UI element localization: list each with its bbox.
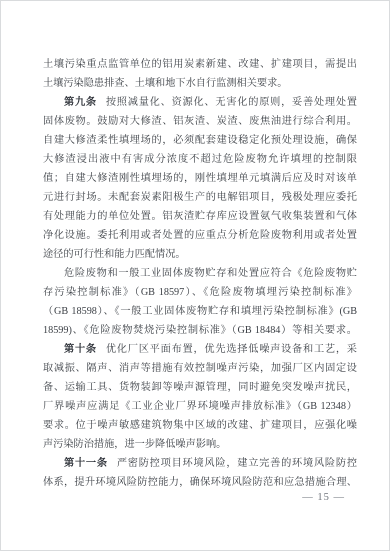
line-text: 途径的可行性和能力匹配情况。 <box>43 249 186 260</box>
text-line: 第十条优化厂区平面布置，优先选择低噪声设备和工艺，采 <box>43 340 357 359</box>
line-text: 取减振、隔声、消声等措施有效控制噪声污染，加强厂区内固定设 <box>43 363 357 374</box>
line-text: 存污染控制标准》（GB 18597）、《危险废物填埋污染控制标准》 <box>43 287 357 298</box>
line-text: 体系，提升环境风险防控能力，确保环境风险防范和应急措施合理、 <box>43 477 357 488</box>
text-line: 土壤污染隐患排查、土壤和地下水自行监测相关要求。 <box>43 74 357 93</box>
line-text: 18599)、《危险废物焚烧污染控制标准》（GB 18484）等相关要求。 <box>43 325 357 336</box>
page-number: — 15 — <box>302 490 345 505</box>
text-line: 土壤污染重点监管单位的铝用炭素新建、改建、扩建项目，需提出 <box>43 55 357 74</box>
line-text: 优化厂区平面布置，优先选择低噪声设备和工艺，采 <box>106 344 357 355</box>
line-text: 备、运输工具、货物装卸等噪声源管理，同时避免突发噪声扰民， <box>43 382 357 393</box>
line-text: 值；自建大修渣刚性填埋场的，刚性填埋单元填满后应及时对该单 <box>43 173 357 184</box>
line-text: 危险废物和一般工业固体废物贮存和处置应符合《危险废物贮 <box>64 268 357 279</box>
line-text: 要求。位于噪声敏感建筑物集中区域的改建、扩建项目，应强化噪 <box>43 420 357 431</box>
text-line: 备、运输工具、货物装卸等噪声源管理，同时避免突发噪声扰民， <box>43 378 357 397</box>
text-line: 声污染防治措施，进一步降低噪声影响。 <box>43 435 357 454</box>
line-text: 按照减量化、资源化、无害化的原则，妥善处理处置 <box>106 97 357 108</box>
text-line: 大修渣浸出液中有害成分浓度不超过危险废物允许填埋的控制限 <box>43 150 357 169</box>
document-page: 土壤污染重点监管单位的铝用炭素新建、改建、扩建项目，需提出土壤污染隐患排查、土壤… <box>0 0 390 551</box>
text-line: 第九条按照减量化、资源化、无害化的原则，妥善处理处置 <box>43 93 357 112</box>
text-line: 固体废物。鼓励对大修渣、铝灰渣、炭渣、废焦油进行综合利用。 <box>43 112 357 131</box>
text-line: 元进行封场。未配套炭素阳极生产的电解铝项目，残极处理应委托 <box>43 188 357 207</box>
text-line: 取减振、隔声、消声等措施有效控制噪声污染，加强厂区内固定设 <box>43 359 357 378</box>
text-line: 值；自建大修渣刚性填埋场的，刚性填埋单元填满后应及时对该单 <box>43 169 357 188</box>
text-line: 有处理能力的单位处置。铝灰渣贮存库应设置氨气收集装置和气体 <box>43 207 357 226</box>
article-number: 第九条 <box>64 97 97 108</box>
line-text: 净化设施。委托利用或者处置的应重点分析危险废物利用或者处置 <box>43 230 357 241</box>
line-text: 大修渣浸出液中有害成分浓度不超过危险废物允许填埋的控制限 <box>43 154 357 165</box>
article-number: 第十条 <box>64 344 97 355</box>
line-text: （GB 18598）、《一般工业固体废物贮存和填埋污染控制标准》(GB <box>43 306 357 317</box>
text-line: （GB 18598）、《一般工业固体废物贮存和填埋污染控制标准》(GB <box>43 302 357 321</box>
text-line: 厂界噪声应满足《工业企业厂界环境噪声排放标准》（GB 12348） <box>43 397 357 416</box>
line-text: 厂界噪声应满足《工业企业厂界环境噪声排放标准》（GB 12348） <box>43 401 357 412</box>
text-line: 自建大修渣柔性填埋场的，必须配套建设稳定化预处理设施，确保 <box>43 131 357 150</box>
line-text: 固体废物。鼓励对大修渣、铝灰渣、炭渣、废焦油进行综合利用。 <box>43 116 357 127</box>
line-text: 声污染防治措施，进一步降低噪声影响。 <box>43 439 226 450</box>
article-number: 第十一条 <box>64 458 108 469</box>
line-text: 土壤污染重点监管单位的铝用炭素新建、改建、扩建项目，需提出 <box>43 59 357 70</box>
text-line: 净化设施。委托利用或者处置的应重点分析危险废物利用或者处置 <box>43 226 357 245</box>
line-text: 有处理能力的单位处置。铝灰渣贮存库应设置氨气收集装置和气体 <box>43 211 357 222</box>
text-line: 途径的可行性和能力匹配情况。 <box>43 245 357 264</box>
text-line: 第十一条严密防控项目环境风险，建立完善的环境风险防控 <box>43 454 357 473</box>
text-line: 存污染控制标准》（GB 18597）、《危险废物填埋污染控制标准》 <box>43 283 357 302</box>
text-line: 要求。位于噪声敏感建筑物集中区域的改建、扩建项目，应强化噪 <box>43 416 357 435</box>
line-text: 严密防控项目环境风险，建立完善的环境风险防控 <box>117 458 357 469</box>
document-body: 土壤污染重点监管单位的铝用炭素新建、改建、扩建项目，需提出土壤污染隐患排查、土壤… <box>43 55 357 492</box>
line-text: 自建大修渣柔性填埋场的，必须配套建设稳定化预处理设施，确保 <box>43 135 357 146</box>
line-text: 元进行封场。未配套炭素阳极生产的电解铝项目，残极处理应委托 <box>43 192 357 203</box>
text-line: 18599)、《危险废物焚烧污染控制标准》（GB 18484）等相关要求。 <box>43 321 357 340</box>
line-text: 土壤污染隐患排查、土壤和地下水自行监测相关要求。 <box>43 78 288 89</box>
text-line: 危险废物和一般工业固体废物贮存和处置应符合《危险废物贮 <box>43 264 357 283</box>
